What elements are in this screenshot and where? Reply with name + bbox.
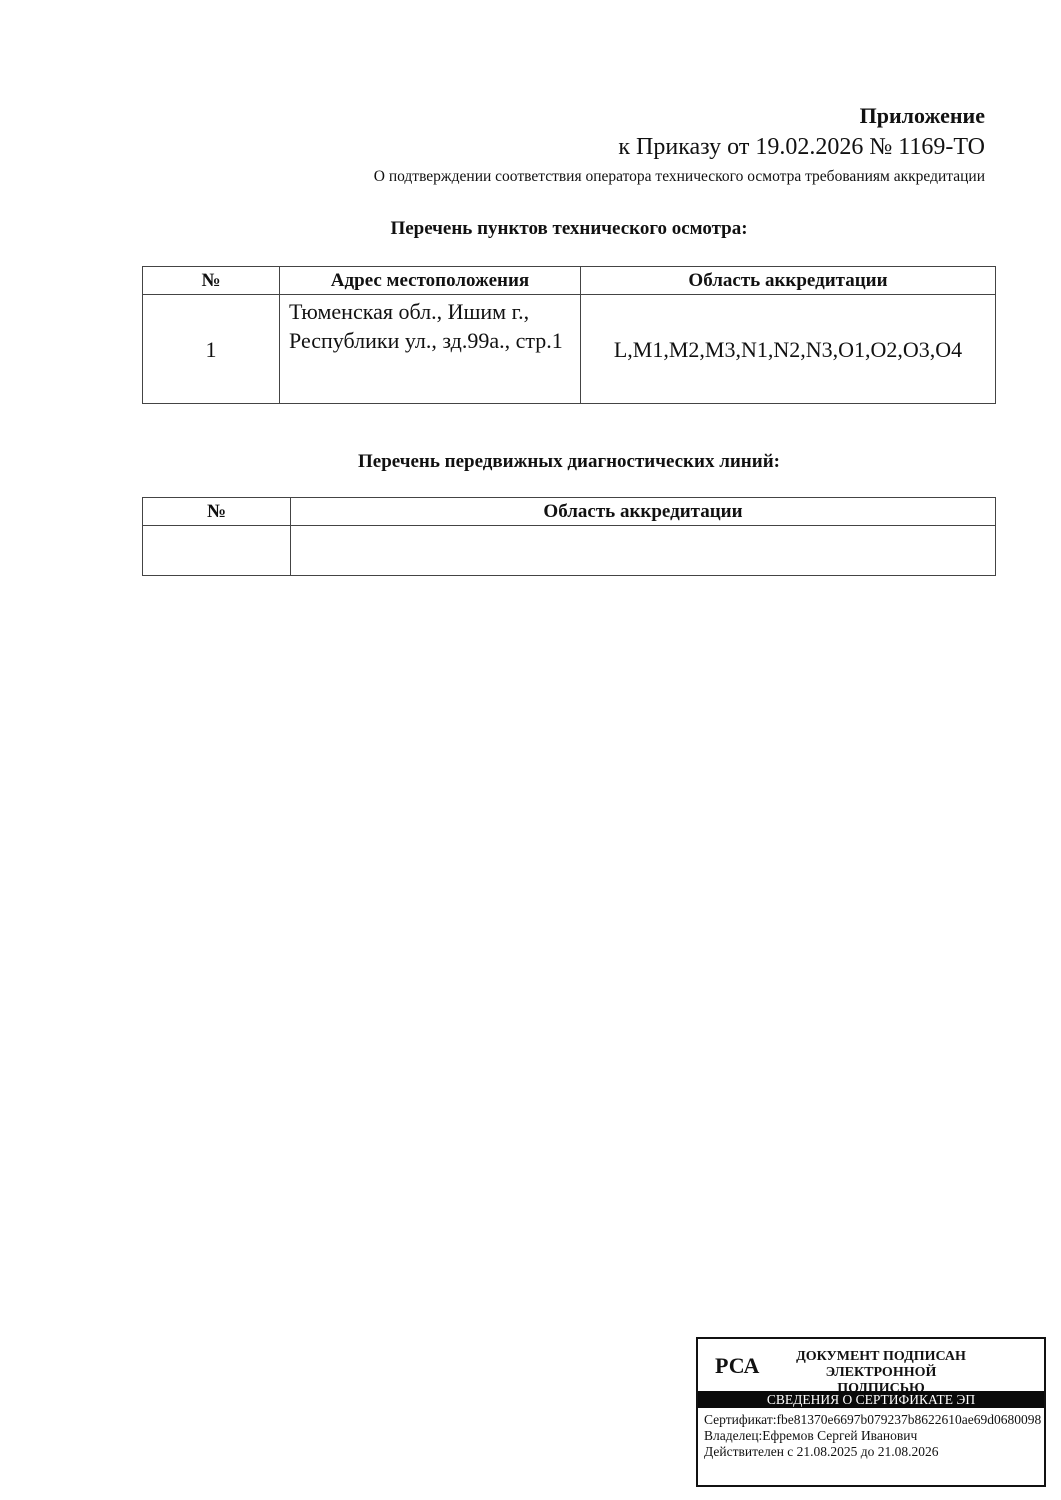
certificate-info-bar: СВЕДЕНИЯ О СЕРТИФИКАТЕ ЭП — [698, 1391, 1044, 1408]
rsa-logo: РСА — [715, 1353, 759, 1379]
appendix-title: Приложение — [374, 100, 985, 132]
column-header-number: № — [143, 267, 280, 295]
column-header-number: № — [143, 498, 291, 526]
mobile-lines-table: № Область аккредитации — [142, 497, 996, 576]
row-accreditation-area — [291, 526, 996, 576]
row-number: 1 — [143, 295, 280, 404]
stamp-title-line1: ДОКУМЕНТ ПОДПИСАН — [791, 1349, 971, 1365]
column-header-area: Область аккредитации — [291, 498, 996, 526]
column-header-area: Область аккредитации — [581, 267, 996, 295]
document-header: Приложение к Приказу от 19.02.2026 № 116… — [374, 100, 985, 190]
certificate-owner: Владелец:Ефремов Сергей Иванович — [704, 1428, 1041, 1444]
table-header-row: № Область аккредитации — [143, 498, 996, 526]
certificate-details: Сертификат:fbe81370e6697b079237b8622610a… — [704, 1412, 1041, 1460]
certificate-id: Сертификат:fbe81370e6697b079237b8622610a… — [704, 1412, 1041, 1428]
row-address: Тюменская обл., Ишим г., Республики ул.,… — [280, 295, 581, 404]
table-row — [143, 526, 996, 576]
column-header-address: Адрес местоположения — [280, 267, 581, 295]
stamp-title: ДОКУМЕНТ ПОДПИСАН ЭЛЕКТРОННОЙ ПОДПИСЬЮ — [791, 1349, 971, 1397]
table-row: 1 Тюменская обл., Ишим г., Республики ул… — [143, 295, 996, 404]
row-number — [143, 526, 291, 576]
order-reference: к Приказу от 19.02.2026 № 1169-ТО — [374, 132, 985, 162]
table-header-row: № Адрес местоположения Область аккредита… — [143, 267, 996, 295]
inspection-points-table: № Адрес местоположения Область аккредита… — [142, 266, 996, 404]
inspection-points-title: Перечень пунктов технического осмотра: — [0, 218, 1061, 240]
certificate-validity: Действителен с 21.08.2025 до 21.08.2026 — [704, 1444, 1041, 1460]
row-accreditation-area: L,M1,M2,M3,N1,N2,N3,O1,O2,O3,O4 — [581, 295, 996, 404]
order-subject: О подтверждении соответствия оператора т… — [374, 164, 985, 190]
mobile-lines-title: Перечень передвижных диагностических лин… — [0, 451, 1061, 473]
electronic-signature-stamp: РСА ДОКУМЕНТ ПОДПИСАН ЭЛЕКТРОННОЙ ПОДПИС… — [696, 1337, 1046, 1487]
